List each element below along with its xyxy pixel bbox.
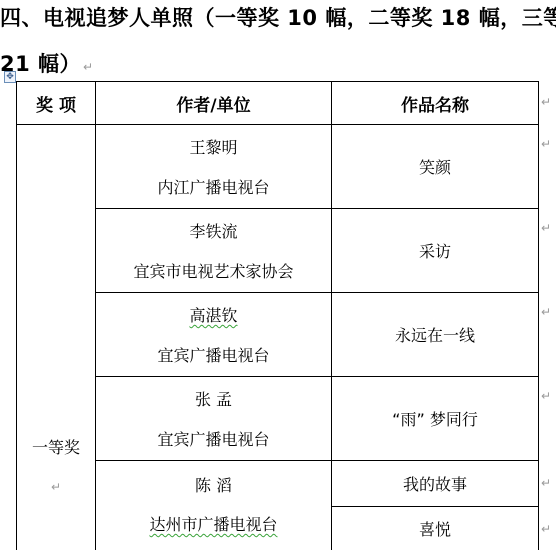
table-row-author: 张 孟 宜宾广播电视台 xyxy=(96,377,331,460)
table-row-work: “雨” 梦同行 xyxy=(332,377,538,460)
author-name: 高湛钦 xyxy=(189,303,237,326)
row-end-mark-icon: ↵ xyxy=(541,95,551,109)
header-label: 奖 项 xyxy=(36,91,76,116)
header-label: 作者/单位 xyxy=(176,91,250,116)
work-title: 我的故事 xyxy=(403,472,467,495)
table-row-author: 李铁流 宜宾市电视艺术家协会 xyxy=(96,209,331,292)
table-row-author: 高湛钦 宜宾广播电视台 xyxy=(96,293,331,376)
table-row-author: 王黎明 内江广播电视台 xyxy=(96,125,331,208)
work-title: 喜悦 xyxy=(419,517,451,540)
author-name: 张 孟 xyxy=(195,387,232,410)
author-unit: 宜宾市电视艺术家协会 xyxy=(133,259,293,282)
header-author-unit: 作者/单位 xyxy=(96,82,331,124)
table-row-work: 永远在一线 xyxy=(332,293,538,376)
author-unit: 宜宾广播电视台 xyxy=(157,343,269,366)
table-row-author: 陈 滔 达州市广播电视台 xyxy=(96,461,331,550)
header-award: 奖 项 xyxy=(17,82,95,124)
author-unit: 宜宾广播电视台 xyxy=(157,427,269,450)
header-label: 作品名称 xyxy=(401,91,469,116)
row-end-mark-icon: ↵ xyxy=(541,522,551,536)
section-heading-line-1: 四、电视追梦人单照（一等奖 10 幅，二等奖 18 幅，三等奖 xyxy=(0,2,556,32)
work-title: 笑颜 xyxy=(419,155,451,178)
author-name: 李铁流 xyxy=(189,219,237,242)
author-name: 王黎明 xyxy=(189,135,237,158)
work-title: “雨” 梦同行 xyxy=(392,407,478,430)
table-row-work: 喜悦 xyxy=(332,507,538,550)
table-row-work: 采访 xyxy=(332,209,538,292)
row-end-mark-icon: ↵ xyxy=(541,221,551,235)
paragraph-mark-icon: ↵ xyxy=(51,480,61,494)
heading-text: 四、电视追梦人单照（一等奖 10 幅，二等奖 18 幅，三等奖 xyxy=(0,6,556,30)
work-title: 采访 xyxy=(419,239,451,262)
paragraph-mark-icon: ↵ xyxy=(83,60,94,74)
author-name: 陈 滔 xyxy=(195,473,232,496)
award-label: 一等奖 xyxy=(32,435,80,458)
table-row-work: 我的故事 xyxy=(332,461,538,506)
move-table-icon[interactable]: ✥ xyxy=(4,71,16,83)
author-unit: 内江广播电视台 xyxy=(157,175,269,198)
row-end-mark-icon: ↵ xyxy=(541,305,551,319)
row-end-mark-icon: ↵ xyxy=(541,389,551,403)
row-end-mark-icon: ↵ xyxy=(541,137,551,151)
award-cell-first-prize: 一等奖 ↵ xyxy=(17,125,95,550)
row-end-mark-icon: ↵ xyxy=(541,476,551,490)
table-border-right xyxy=(538,81,539,550)
table-row-work: 笑颜 xyxy=(332,125,538,208)
header-work-title: 作品名称 xyxy=(332,82,538,124)
author-unit: 达州市广播电视台 xyxy=(149,512,277,535)
work-title: 永远在一线 xyxy=(395,323,475,346)
